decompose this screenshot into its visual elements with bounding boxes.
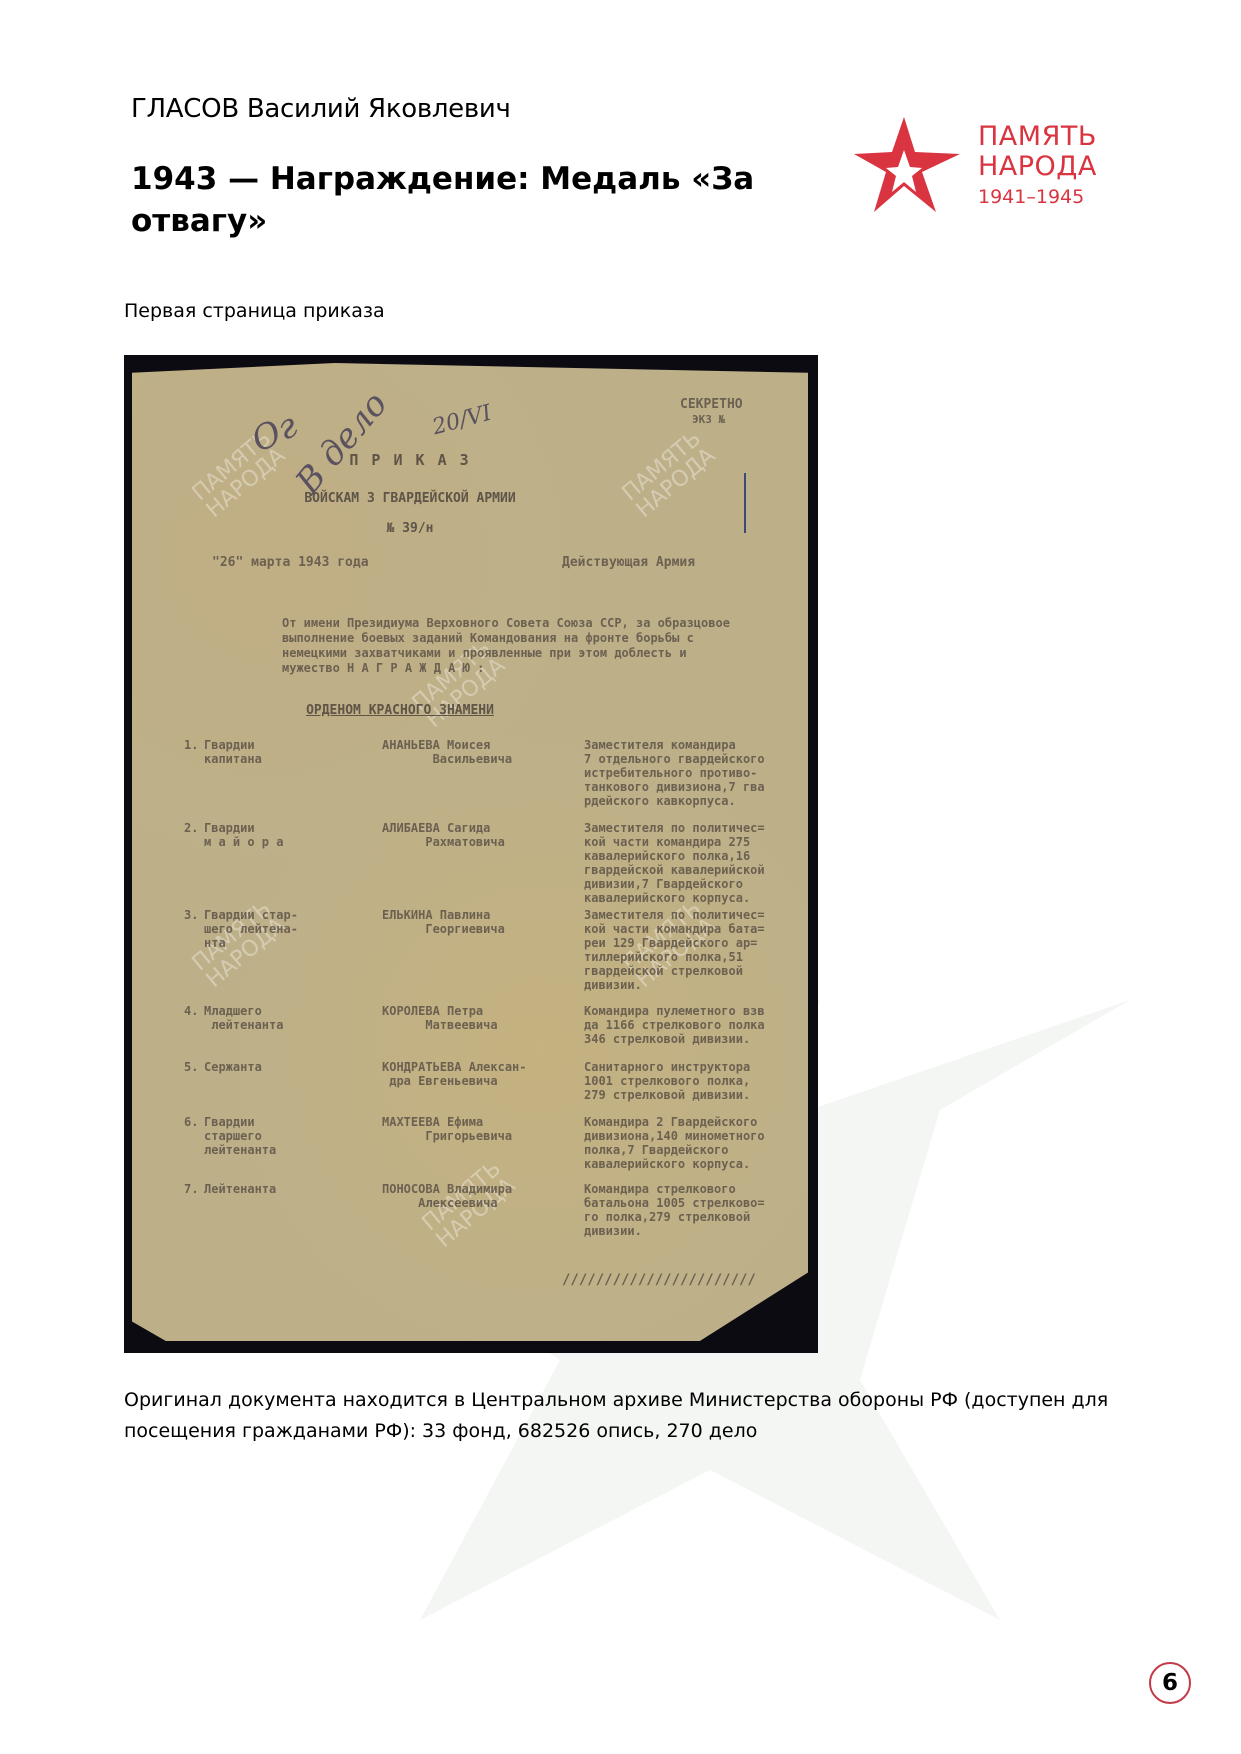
entry-name: КОНДРАТЬЕВА Алексан- дра Евгеньевича xyxy=(382,1060,527,1088)
copy-mark: ЭКЗ № xyxy=(692,413,725,427)
document-paper: ПАМЯТЬНАРОДА ПАМЯТЬНАРОДА ПАМЯТЬНАРОДА П… xyxy=(132,363,808,1341)
entry-position: Командира стрелкового батальона 1005 стр… xyxy=(584,1182,765,1238)
entry-position: Заместителя по политичес= кой части кома… xyxy=(584,908,765,992)
entry-position: Командира 2 Гвардейского дивизиона,140 м… xyxy=(584,1115,765,1171)
order-date: "26" марта 1943 года xyxy=(212,556,369,570)
award-heading: ОРДЕНОМ КРАСНОГО ЗНАМЕНИ xyxy=(124,703,738,718)
entry-name: ПОНОСОВА Владимира Алексеевича xyxy=(382,1182,512,1210)
award-title: 1943 — Награждение: Медаль «За отвагу» xyxy=(131,158,791,242)
entry-rank: Лейтенанта xyxy=(204,1182,276,1196)
entry-number: 3. xyxy=(184,908,198,922)
entry-rank: Гвардии м а й о р а xyxy=(204,821,283,849)
secret-mark: СЕКРЕТНО xyxy=(680,398,743,412)
watermark: ПАМЯТЬНАРОДА xyxy=(619,428,720,522)
entry-rank: Гвардии капитана xyxy=(204,738,262,766)
entry-number: 1. xyxy=(184,738,198,752)
entry-rank: Гвардии старшего лейтенанта xyxy=(204,1115,276,1157)
entry-name: МАХТЕЕВА Ефима Григорьевича xyxy=(382,1115,512,1143)
entry-number: 2. xyxy=(184,821,198,835)
entry-position: Командира пулеметного взв да 1166 стрелк… xyxy=(584,1004,765,1046)
entry-number: 5. xyxy=(184,1060,198,1074)
entry-position: Заместителя командира 7 отдельного гвард… xyxy=(584,738,765,808)
pamyat-naroda-logo[interactable]: ПАМЯТЬ НАРОДА 1941–1945 xyxy=(852,112,1132,222)
logo-title-line2: НАРОДА xyxy=(978,152,1097,182)
order-title: П Р И К А З xyxy=(124,451,748,469)
entry-name: ЕЛЬКИНА Павлина Георгиевича xyxy=(382,908,505,936)
entry-name: АЛИБАЕВА Сагида Рахматовича xyxy=(382,821,505,849)
entry-name: АНАНЬЕВА Моисея Васильевича xyxy=(382,738,512,766)
entry-number: 6. xyxy=(184,1115,198,1129)
handwritten-note: В дело xyxy=(288,384,396,501)
entry-rank: Младшего лейтенанта xyxy=(204,1004,283,1032)
entry-number: 4. xyxy=(184,1004,198,1018)
logo-years: 1941–1945 xyxy=(978,184,1097,210)
red-star-icon xyxy=(852,112,962,217)
person-name: ГЛАСОВ Василий Яковлевич xyxy=(131,94,511,124)
entry-position: Заместителя по политичес= кой части кома… xyxy=(584,821,765,905)
entry-name: КОРОЛЕВА Петра Матвеевича xyxy=(382,1004,498,1032)
order-number: № 39/н xyxy=(124,521,748,536)
closing-separator: /////////////////////// xyxy=(562,1273,756,1287)
handwritten-date: 20/VI xyxy=(430,401,494,441)
entry-position: Санитарного инструктора 1001 стрелкового… xyxy=(584,1060,750,1102)
document-scan-image: ПАМЯТЬНАРОДА ПАМЯТЬНАРОДА ПАМЯТЬНАРОДА П… xyxy=(124,355,818,1353)
logo-title-line1: ПАМЯТЬ xyxy=(978,122,1097,152)
entry-rank: Гвардии стар- шего лейтена- нта xyxy=(204,908,298,950)
order-location: Действующая Армия xyxy=(562,556,695,570)
archive-note: Оригинал документа находится в Центральн… xyxy=(124,1385,1124,1447)
image-caption: Первая страница приказа xyxy=(124,300,385,322)
order-preamble: От имени Президиума Верховного Совета Со… xyxy=(282,616,742,676)
entry-number: 7. xyxy=(184,1182,198,1196)
order-subtitle: ВОЙСКАМ 3 ГВАРДЕЙСКОЙ АРМИИ xyxy=(124,491,748,506)
entry-rank: Сержанта xyxy=(204,1060,262,1074)
page-number: 6 xyxy=(1149,1662,1191,1704)
